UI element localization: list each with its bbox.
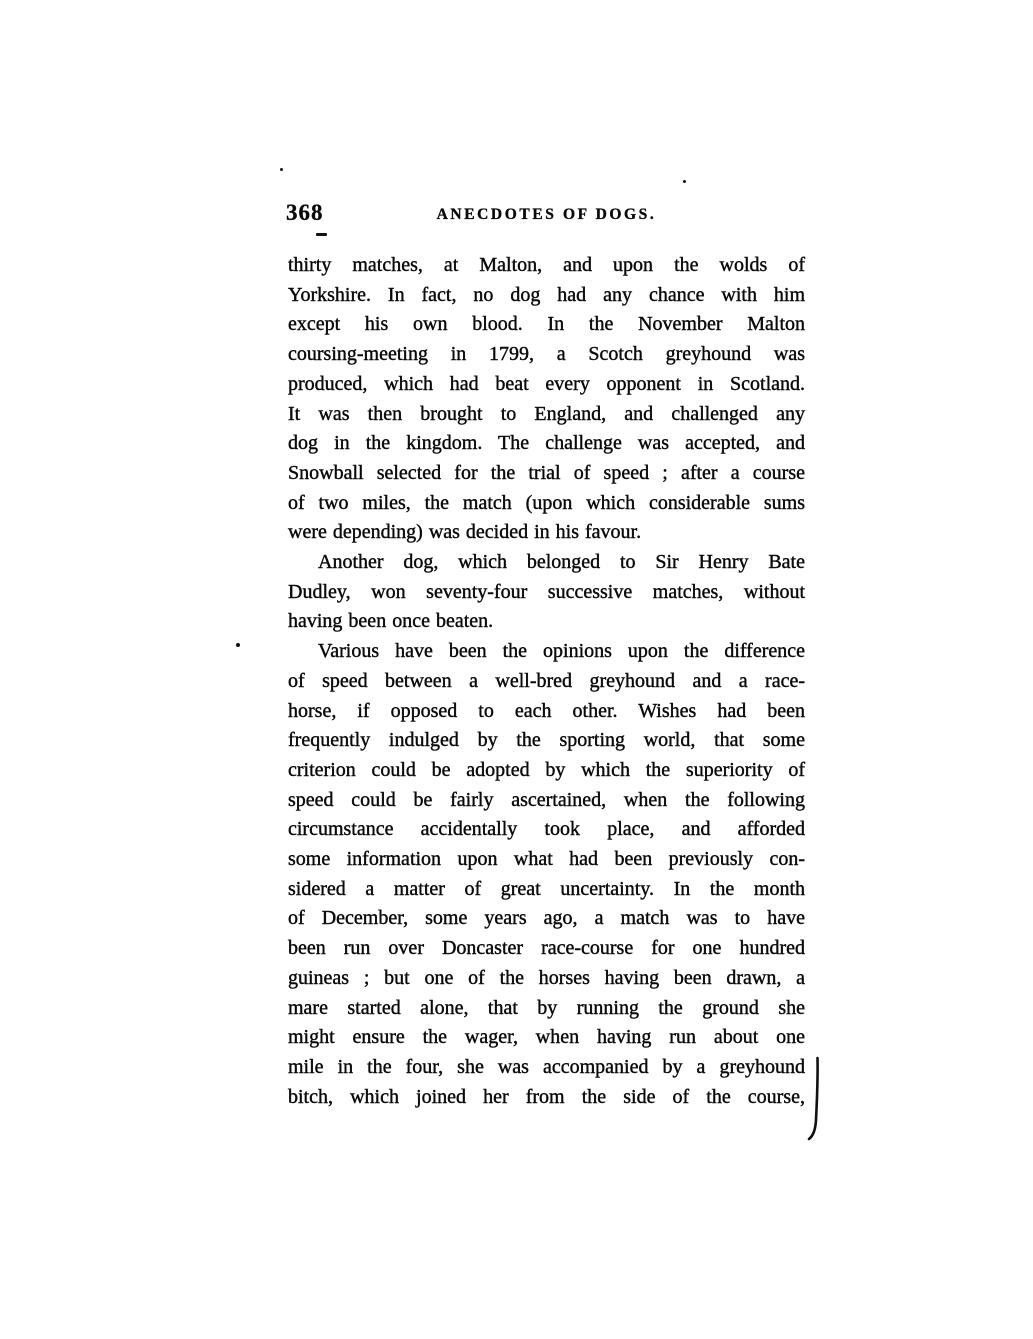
text-line: Another dog, which belonged to Sir Henry… — [288, 548, 805, 578]
text-line: frequently indulged by the sporting worl… — [288, 726, 805, 756]
text-line: of two miles, the match (upon which cons… — [288, 489, 805, 519]
text-line: bitch, which joined her from the side of… — [288, 1083, 805, 1113]
text-line: dog in the kingdom. The challenge was ac… — [288, 429, 805, 459]
text-line: horse, if opposed to each other. Wishes … — [288, 697, 805, 727]
text-line: Snowball selected for the trial of speed… — [288, 459, 805, 489]
text-line: circumstance accidentally took place, an… — [288, 815, 805, 845]
text-line: mile in the four, she was accompanied by… — [288, 1053, 805, 1083]
book-page: 368 ANECDOTES OF DOGS. thirty matches, a… — [0, 0, 1033, 1339]
running-header: ANECDOTES OF DOGS. — [288, 206, 805, 224]
ink-speck-top-right — [683, 180, 686, 183]
text-line: might ensure the wager, when having run … — [288, 1023, 805, 1053]
text-line: mare started alone, that by running the … — [288, 994, 805, 1024]
text-line: of December, some years ago, a match was… — [288, 904, 805, 934]
pen-mark-right-margin — [800, 1050, 826, 1146]
text-line: of speed between a well-bred greyhound a… — [288, 667, 805, 697]
text-line: speed could be fairly ascertained, when … — [288, 786, 805, 816]
ink-dash-under-page-number — [316, 233, 327, 236]
text-line: were depending) was decided in his favou… — [288, 518, 805, 548]
text-line: Yorkshire. In fact, no dog had any chanc… — [288, 281, 805, 311]
text-line: been run over Doncaster race-course for … — [288, 934, 805, 964]
ink-speck-left-margin — [236, 643, 240, 647]
text-line: guineas ; but one of the horses having b… — [288, 964, 805, 994]
text-line: sidered a matter of great uncertainty. I… — [288, 875, 805, 905]
text-line: produced, which had beat every opponent … — [288, 370, 805, 400]
text-line: except his own blood. In the November Ma… — [288, 310, 805, 340]
text-line: Various have been the opinions upon the … — [288, 637, 805, 667]
ink-speck-top-left — [280, 168, 283, 171]
text-line: Dudley, won seventy-four successive matc… — [288, 578, 805, 608]
text-line: criterion could be adopted by which the … — [288, 756, 805, 786]
text-line: having been once beaten. — [288, 607, 805, 637]
text-line: some information upon what had been prev… — [288, 845, 805, 875]
text-line: It was then brought to England, and chal… — [288, 400, 805, 430]
text-line: thirty matches, at Malton, and upon the … — [288, 251, 805, 281]
page-body: thirty matches, at Malton, and upon the … — [288, 251, 805, 1112]
text-line: coursing-meeting in 1799, a Scotch greyh… — [288, 340, 805, 370]
